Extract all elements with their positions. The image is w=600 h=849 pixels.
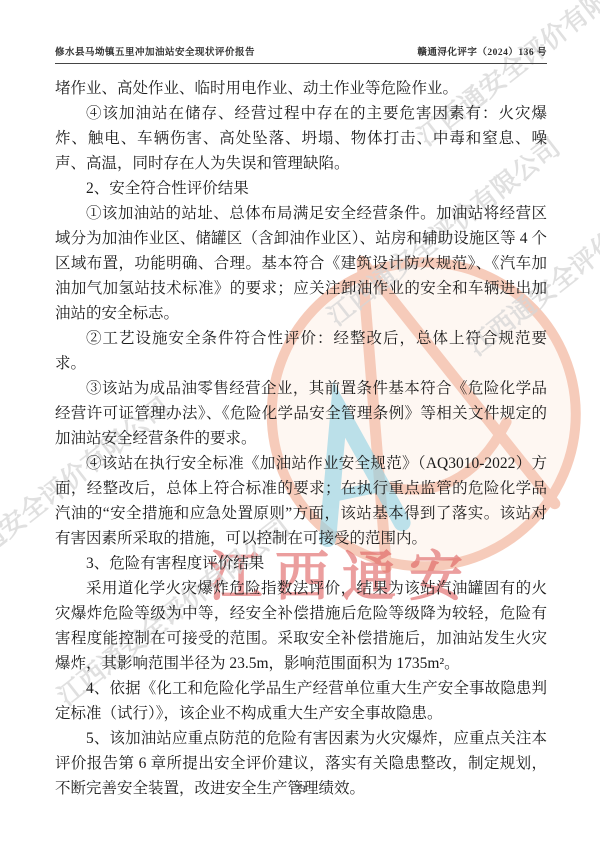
header-report-title: 修水县马坳镇五里冲加油站安全现状评价报告 xyxy=(55,44,255,58)
paragraph: 堵作业、高处作业、临时用电作业、动土作业等危险作业。 xyxy=(55,76,547,101)
page-footer: 79 xyxy=(0,784,600,795)
paragraph: 4、依据《化工和危险化学品生产经营单位重大生产安全事故隐患判定标准（试行）》，该… xyxy=(55,676,547,726)
paragraph: ④该加油站在储存、经营过程中存在的主要危害因素有：火灾爆炸、触电、车辆伤害、高处… xyxy=(55,101,547,176)
page-number: 79 xyxy=(295,784,306,795)
paragraph: ①该加油站的站址、总体布局满足安全经营条件。加油站将经营区域分为加油作业区、储罐… xyxy=(55,201,547,326)
paragraph: ④该站在执行安全标准《加油站作业安全规范》（AQ3010-2022）方面，经整改… xyxy=(55,451,547,551)
paragraph: 2、安全符合性评价结果 xyxy=(55,176,547,201)
paragraph: ③该站为成品油零售经营企业，其前置条件基本符合《危险化学品经营许可证管理办法》、… xyxy=(55,376,547,451)
paragraph: ②工艺设施安全条件符合性评价：经整改后，总体上符合规范要求。 xyxy=(55,326,547,376)
page-header: 修水县马坳镇五里冲加油站安全现状评价报告 赣通浔化评字（2024）136 号 xyxy=(55,44,547,64)
header-doc-number: 赣通浔化评字（2024）136 号 xyxy=(417,44,547,58)
paragraph: 采用道化学火灾爆炸危险指数法评价，结果为该站汽油罐固有的火灾爆炸危险等级为中等，… xyxy=(55,576,547,676)
report-page: 江西通安 江西通安全评价有限公司 江西通安全评价有限公司 江西通安全评价有限公司… xyxy=(0,0,600,849)
report-body: 堵作业、高处作业、临时用电作业、动土作业等危险作业。 ④该加油站在储存、经营过程… xyxy=(55,76,547,801)
paragraph: 3、危险有害程度评价结果 xyxy=(55,551,547,576)
